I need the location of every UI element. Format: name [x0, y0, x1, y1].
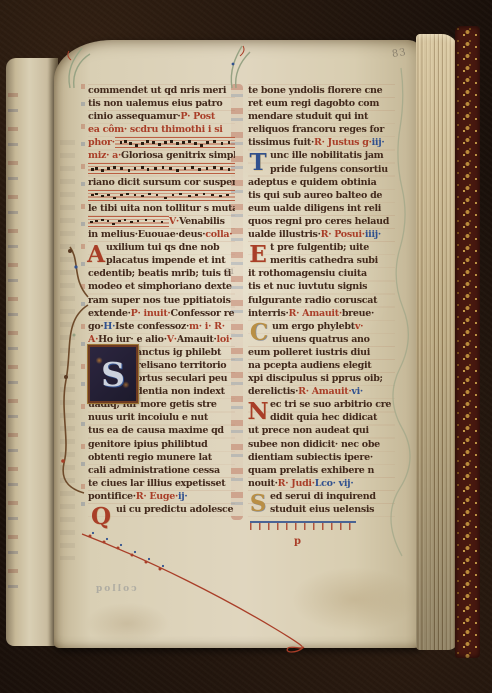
- neume-note: [120, 141, 123, 144]
- neume-note: [194, 142, 197, 145]
- text-segment-ink: uiuens quatrus ano: [272, 333, 370, 346]
- neume-note: [198, 168, 201, 171]
- text-line: derelictis· R· Amauit· vi·: [248, 385, 395, 398]
- text-line: ed serui di inquirend: [248, 490, 395, 503]
- neume-note: [206, 167, 209, 170]
- text-line: cinio assequamur· P· Post: [88, 110, 235, 123]
- top-left-pen-flourish-icon: [62, 46, 92, 88]
- neume-note: [213, 140, 216, 143]
- text-line: pride fulgens consortiu: [248, 163, 395, 176]
- text-segment-ink: modeo et simphoriano dexte: [88, 280, 232, 293]
- text-segment-ink: eum polleret iustris diui: [248, 346, 370, 359]
- text-line: it rothomagensiu ciuita: [248, 267, 395, 280]
- text-segment-ink: relisano territorio: [136, 359, 226, 372]
- neume-note: [156, 194, 159, 197]
- text-segment-ink: studuit eius uelensis: [270, 503, 374, 516]
- text-line: obtenti regio munere lat: [88, 451, 235, 464]
- illuminated-initial-t: T: [248, 149, 268, 177]
- text-segment-ink: Euouae·: [138, 228, 179, 241]
- text-segment-ink: tis et nuc iuvtutu signis: [248, 280, 367, 293]
- neume-note: [118, 220, 121, 223]
- text-line: interris· R· Amauit· breue·: [248, 307, 395, 320]
- text-segment-ink: tissimus fuit·: [248, 136, 314, 149]
- text-line: te ciues lar illius expetisset: [88, 477, 235, 490]
- text-line: miz· a· Gloriosa genitrix simplo: [88, 149, 235, 162]
- neume-note: [206, 141, 209, 144]
- neume-note: [211, 194, 214, 197]
- manuscript-photo: { "meta": { "description": "Photograph o…: [0, 0, 492, 693]
- text-line: modeo et simphoriano dexte: [88, 280, 235, 293]
- text-segment-ink: dientiam subiectis ipere·: [248, 451, 373, 464]
- neume-note: [95, 167, 98, 170]
- text-line: tis non ualemus eius patro: [88, 97, 235, 110]
- text-segment-ink: ed serui di inquirend: [270, 490, 376, 503]
- pen-trial-mark: p: [294, 536, 301, 547]
- music-stave-line: [88, 189, 235, 202]
- neume-note: [176, 169, 179, 172]
- illuminated-initial-s: S: [88, 345, 138, 403]
- text-line: ea côm· scdru thimothi i si: [88, 123, 235, 136]
- text-line: go· H· Iste confessoz· m· i· R·: [88, 320, 235, 333]
- neume-note: [213, 166, 216, 169]
- illuminated-initial-n: N: [248, 397, 268, 425]
- text-segment-ink: adeptus e quidem obtinia: [248, 176, 376, 189]
- neume-note: [226, 194, 229, 197]
- right-margin-flourish-icon: [396, 68, 406, 558]
- text-segment-ink: um ergo phylebt: [272, 320, 355, 333]
- neume-note: [176, 142, 179, 145]
- neume-note: [91, 194, 94, 197]
- text-line: reliquos francoru reges for: [248, 123, 395, 136]
- illuminated-initial-c: C: [248, 319, 270, 347]
- text-line: uxilium tui qs dne nob: [88, 241, 235, 254]
- neume-note: [126, 193, 129, 196]
- neume-note: [188, 195, 191, 198]
- text-line: eum ualde diligens int reli: [248, 202, 395, 215]
- text-segment-blue: Lco· vij·: [315, 477, 354, 490]
- text-line: in melius· Euouae· deus· colla·: [88, 228, 235, 241]
- neume-note: [220, 167, 223, 170]
- text-segment-red: P· inuit·: [131, 307, 171, 320]
- text-segment-ink: obtenti regio munere lat: [88, 451, 212, 464]
- show-through-text: colloq: [94, 584, 137, 594]
- text-line: uiuens quatrus ano: [248, 333, 395, 346]
- neume-note: [90, 221, 93, 224]
- text-line: ualde illustris· R· Posui· iiij·: [248, 228, 395, 241]
- neume-note: [141, 142, 144, 145]
- neume-note: [134, 194, 137, 197]
- neume-note: [195, 194, 198, 197]
- neume-note: [164, 141, 167, 144]
- text-segment-ink: ec tri se suo arbitrio cre: [270, 398, 391, 411]
- text-line: didit quia hec didicat: [248, 411, 395, 424]
- text-segment-ink: dentia non indext: [136, 385, 225, 398]
- text-line: commendet ut qd nris meri: [88, 84, 235, 97]
- neume-note: [164, 197, 167, 200]
- neume-note: [203, 193, 206, 196]
- illuminated-initial-a: A: [88, 240, 104, 268]
- text-line: extende· P· inuit· Confessor re: [88, 307, 235, 320]
- text-line: tis et nuc iuvtutu signis: [248, 280, 395, 293]
- text-segment-ink: didit quia hec didicat: [270, 411, 377, 424]
- neume-note: [130, 221, 133, 224]
- neume-note: [146, 140, 149, 143]
- neume-note: [135, 144, 138, 147]
- text-segment-ink: genitore ipius philibtud: [88, 438, 207, 451]
- text-segment-ink: pride fulgens consortiu: [270, 163, 388, 176]
- text-line: na pcepta audiens elegit: [248, 359, 395, 372]
- text-segment-ink: tis non ualemus eius patro: [88, 97, 222, 110]
- neume-note: [129, 142, 132, 145]
- text-line: tus ea de causa maxime qd: [88, 424, 235, 437]
- chant-stave: [88, 216, 169, 228]
- text-line: meritis cathedra subi: [248, 254, 395, 267]
- text-line: xpi discipulus si pprus oib;: [248, 372, 395, 385]
- neume-note: [137, 220, 140, 223]
- neume-note: [184, 167, 187, 170]
- neume-note: [101, 169, 104, 172]
- text-segment-ink: t pre fulgentib; uite: [270, 241, 369, 254]
- text-segment-ink: Ho iur· e alio·: [98, 333, 167, 346]
- text-segment-ink: ram super nos tue ppitiatois: [88, 294, 231, 307]
- text-segment-ink: eum ualde diligens int reli: [248, 202, 381, 215]
- text-segment-ink: Iste confessoz·: [115, 320, 189, 333]
- right-text-column: te bone yndolis florere cneret eum regi …: [248, 84, 395, 517]
- text-segment-ink: cinio assequamur·: [88, 110, 180, 123]
- text-segment-blue: H·: [103, 320, 115, 333]
- text-segment-ink: breue·: [342, 307, 374, 320]
- chant-stave: [88, 163, 235, 175]
- neume-note: [91, 168, 94, 171]
- text-segment-ink: tis qui sub aureo balteo de: [248, 189, 382, 202]
- text-segment-ink: meritis cathedra subi: [270, 254, 378, 267]
- music-stave-line: V· Venabilis: [88, 215, 235, 228]
- neume-note: [191, 166, 194, 169]
- text-segment-ink: quos regni pro ceres helaud: [248, 215, 389, 228]
- neume-note: [154, 167, 157, 170]
- neume-note: [148, 193, 151, 196]
- text-segment-ink: cedentib; beatis mrib; tuis ti: [88, 267, 231, 280]
- text-segment-ink: le tibi uita non tollitur s mutat: [88, 202, 235, 215]
- text-segment-ink: in melius·: [88, 228, 138, 241]
- neume-note: [124, 219, 127, 222]
- text-line: adeptus e quidem obtinia: [248, 176, 395, 189]
- text-segment-ink: quam prelatis exhibere n: [248, 464, 374, 477]
- text-line: eum polleret iustris diui: [248, 346, 395, 359]
- illuminated-initial-s: S: [248, 489, 268, 517]
- text-line: riano dicit sursum cor suspende si: [88, 176, 235, 189]
- text-segment-blue: iiij·: [365, 228, 381, 241]
- text-segment-ink: ut prece non audeat qui: [248, 424, 369, 437]
- neume-note: [112, 223, 115, 226]
- text-segment-red: phor·: [88, 136, 115, 149]
- text-segment-red: loi·: [217, 333, 233, 346]
- neume-note: [113, 166, 116, 169]
- neume-note: [107, 220, 110, 223]
- neume-note: [200, 144, 203, 147]
- text-segment-ink: ui cu predictu adolesce: [116, 503, 233, 516]
- text-segment-ink: na pcepta audiens elegit: [248, 359, 371, 372]
- text-line: ut prece non audeat qui: [248, 424, 395, 437]
- text-segment-ink: fulgurante radio coruscat: [248, 294, 377, 307]
- text-segment-red: R· Justus g·: [314, 136, 372, 149]
- top-center-pen-flourish-icon: [226, 44, 254, 88]
- neume-note: [147, 168, 150, 171]
- chant-stave: [88, 190, 235, 202]
- neume-note: [95, 220, 98, 223]
- text-segment-ink: Gloriosa genitrix simplo: [121, 149, 235, 162]
- text-segment-red: ea côm· scdru thimothi i si: [88, 123, 223, 136]
- text-segment-ink: ortus seculari peu: [136, 372, 227, 385]
- text-segment-ink: nouit·: [248, 477, 278, 490]
- text-segment-ink: deus·: [179, 228, 206, 241]
- neume-note: [141, 166, 144, 169]
- text-segment-red: colla·: [205, 228, 232, 241]
- text-segment-ink: anctus ig philebt: [136, 346, 221, 359]
- text-segment-red: P· Post: [180, 110, 215, 123]
- text-line: te bone yndolis florere cne: [248, 84, 395, 97]
- text-line: A· Ho iur· e alio· V· Amauit· loi·: [88, 333, 235, 346]
- text-segment-red: m· i· R·: [189, 320, 225, 333]
- text-segment-ink: extende·: [88, 307, 131, 320]
- text-segment-ink: te bone yndolis florere cne: [248, 84, 382, 97]
- text-line: pontifice· R· Euge· ij·: [88, 490, 235, 503]
- neume-note: [107, 194, 110, 197]
- text-segment-ink: interris·: [248, 307, 289, 320]
- neume-note: [128, 169, 131, 172]
- text-segment-ink: xpi discipulus si pprus oib;: [248, 372, 383, 385]
- neume-note: [169, 167, 172, 170]
- neume-note: [182, 141, 185, 144]
- text-segment-ink: Confessor re: [170, 307, 234, 320]
- neume-note: [113, 197, 116, 200]
- text-line: nuus urit incoiulu e nut: [88, 411, 235, 424]
- text-segment-ink: commendet ut qd nris meri: [88, 84, 226, 97]
- text-line: ram super nos tue ppitiatois: [88, 294, 235, 307]
- text-line: t pre fulgentib; uite: [248, 241, 395, 254]
- neume-note: [120, 167, 123, 170]
- text-segment-red: R· Judi·: [278, 477, 315, 490]
- neume-note: [158, 143, 161, 146]
- text-segment-ink: placatus impende et int: [106, 254, 225, 267]
- text-segment-ink: uxilium tui qs dne nob: [106, 241, 219, 254]
- text-segment-ink: subee non didicit· nec obe: [248, 438, 380, 451]
- end-of-column-decorative-band: [250, 521, 356, 530]
- text-line: um ergo phylebt v·: [248, 320, 395, 333]
- text-segment-ink: unc ille nobilitatis jam: [270, 149, 383, 162]
- text-segment-blue: iij·: [372, 136, 385, 149]
- chant-stave: [115, 137, 235, 149]
- neume-note: [134, 167, 137, 170]
- text-segment-red: R· Amauit·: [298, 385, 351, 398]
- text-line: quos regni pro ceres helaud: [248, 215, 395, 228]
- neume-note: [153, 220, 156, 223]
- text-line: studuit eius uelensis: [248, 503, 395, 516]
- neume-note: [228, 168, 231, 171]
- text-segment-blue: vi·: [351, 385, 363, 398]
- illuminated-initial-q: Q: [88, 502, 114, 530]
- text-segment-red: V·: [169, 215, 179, 228]
- neume-note: [141, 195, 144, 198]
- fore-edge-page-block: [416, 34, 458, 650]
- text-line: fulgurante radio coruscat: [248, 294, 395, 307]
- text-line: tissimus fuit· R· Justus g· iij·: [248, 136, 395, 149]
- neume-note: [188, 140, 191, 143]
- neume-note: [162, 166, 165, 169]
- text-line: genitore ipius philibtud: [88, 438, 235, 451]
- text-segment-ink: ret eum regi dagobto com: [248, 97, 379, 110]
- gold-tooled-binding-edge: [455, 26, 480, 658]
- text-segment-ink: pontifice·: [88, 490, 136, 503]
- text-line: unc ille nobilitatis jam: [248, 149, 395, 162]
- text-segment-red: miz· a·: [88, 149, 121, 162]
- neume-note: [179, 193, 182, 196]
- facing-page-edge: [6, 58, 58, 646]
- text-line: cali administratione cessa: [88, 464, 235, 477]
- music-stave-line: [88, 163, 235, 176]
- text-segment-red: R· Euge·: [136, 490, 178, 503]
- text-line: dientiam subiectis ipere·: [248, 451, 395, 464]
- text-line: quam prelatis exhibere n: [248, 464, 395, 477]
- manuscript-page: 83 71 commendet ut qd nris meritis non u…: [54, 40, 420, 648]
- neume-note: [145, 219, 148, 222]
- text-segment-red: R· Posui·: [321, 228, 365, 241]
- neume-note: [152, 141, 155, 144]
- left-text-column: commendet ut qd nris meritis non ualemus…: [88, 84, 235, 517]
- text-line: cedentib; beatis mrib; tuis ti: [88, 267, 235, 280]
- text-segment-ink: te ciues lar illius expetisset: [88, 477, 225, 490]
- neume-note: [95, 193, 98, 196]
- text-segment-ink: mendare studuit qui int: [248, 110, 368, 123]
- text-line: nouit· R· Judi· Lco· vij·: [248, 477, 395, 490]
- neume-note: [172, 194, 175, 197]
- neume-note: [101, 219, 104, 222]
- text-line: mendare studuit qui int: [248, 110, 395, 123]
- text-segment-red: V·: [167, 333, 177, 346]
- text-line: subee non didicit· nec obe: [248, 438, 395, 451]
- folio-number: 83: [391, 47, 407, 60]
- text-segment-ink: ualde illustris·: [248, 228, 321, 241]
- text-line: ret eum regi dagobto com: [248, 97, 395, 110]
- text-segment-red: v·: [355, 320, 363, 333]
- text-segment-red: R· Amauit·: [289, 307, 342, 320]
- text-segment-blue: ij·: [178, 490, 187, 503]
- neume-note: [228, 141, 231, 144]
- neume-note: [124, 140, 127, 143]
- illuminated-initial-e: E: [248, 240, 268, 268]
- text-line: tis qui sub aureo balteo de: [248, 189, 395, 202]
- text-line: le tibi uita non tollitur s mutat: [88, 202, 235, 215]
- neume-note: [221, 142, 224, 145]
- text-segment-ink: riano dicit sursum cor suspende si: [88, 176, 235, 189]
- text-segment-ink: cali administratione cessa: [88, 464, 220, 477]
- text-line: placatus impende et int: [88, 254, 235, 267]
- text-segment-ink: Amauit·: [177, 333, 217, 346]
- neume-note: [219, 195, 222, 198]
- neume-note: [107, 167, 110, 170]
- text-segment-ink: it rothomagensiu ciuita: [248, 267, 367, 280]
- neume-note: [161, 221, 164, 224]
- text-line: ec tri se suo arbitrio cre: [248, 398, 395, 411]
- neume-note: [101, 195, 104, 198]
- text-segment-ink: reliquos francoru reges for: [248, 123, 384, 136]
- text-segment-ink: Venabilis: [179, 215, 225, 228]
- neume-note: [170, 140, 173, 143]
- text-segment-ink: tus ea de causa maxime qd: [88, 424, 224, 437]
- neume-note: [120, 194, 123, 197]
- text-segment-ink: derelictis·: [248, 385, 298, 398]
- text-segment-ink: nuus urit incoiulu e nut: [88, 411, 208, 424]
- music-stave-line: phor·: [88, 136, 235, 149]
